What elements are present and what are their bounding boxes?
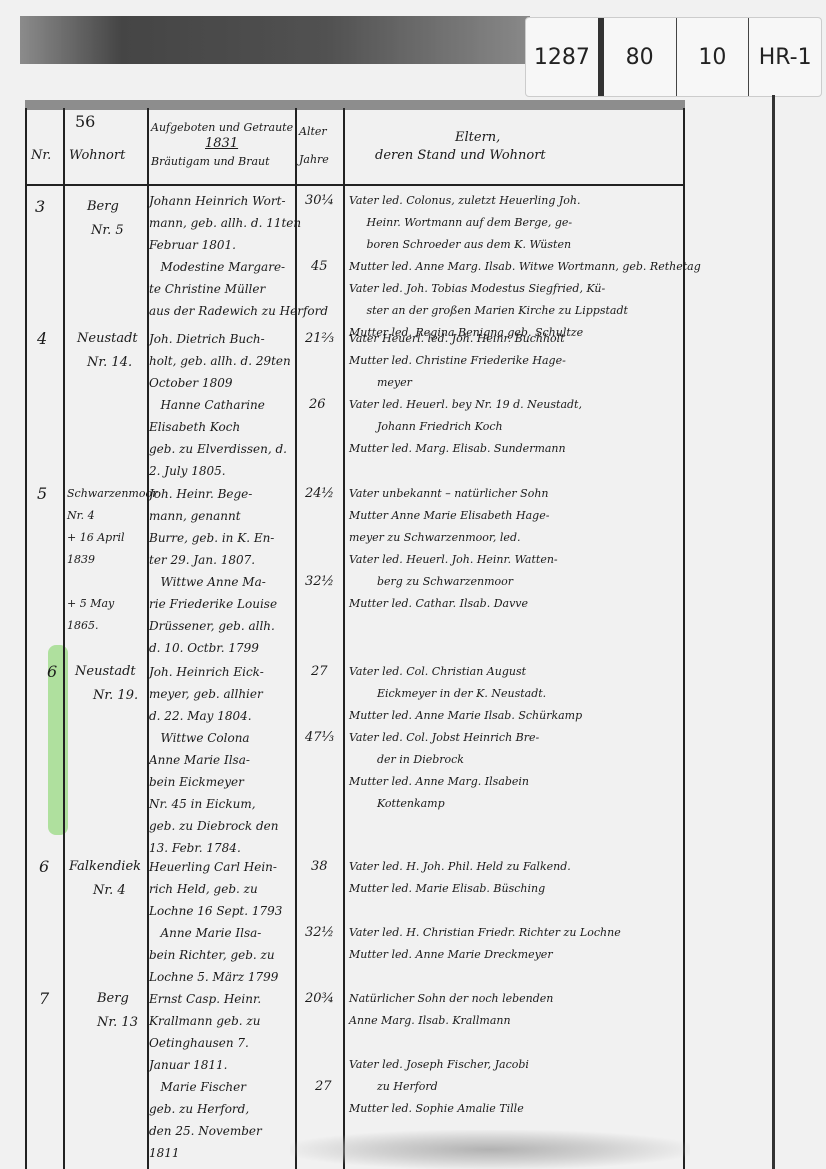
header-age-line2: Jahre (299, 152, 329, 168)
entry-wohnort: Schwarzenmoor Nr. 4 + 16 April 1839 + 5 … (67, 483, 157, 637)
archive-label-cell: 80 (598, 18, 676, 96)
entry-couple: Joh. Dietrich Buch- holt, geb. allh. d. … (149, 328, 291, 482)
entry-age: 45 (311, 256, 328, 278)
archive-label-cell: 1287 (526, 18, 598, 96)
column-rule (25, 108, 27, 1169)
header-parents-line1: Eltern, (455, 130, 500, 146)
page-fold-line (772, 95, 775, 1169)
entry-age: 47⅓ (305, 727, 334, 749)
header-parents-line2: deren Stand und Wohnort (375, 148, 546, 164)
column-rule (63, 108, 65, 1169)
register-page: Nr. 56 Wohnort Aufgeboten und Getraute 1… (25, 108, 685, 1169)
entry-age: 20¾ (305, 988, 334, 1010)
header-couple-line2: Bräutigam und Braut (151, 154, 270, 170)
entry-age: 24½ (305, 483, 334, 505)
entry-couple: Joh. Heinrich Eick- meyer, geb. allhier … (149, 661, 278, 859)
entry-wohnort: Neustadt (75, 661, 136, 683)
entry-nr: 5 (37, 483, 47, 505)
entry-couple: Johann Heinrich Wort- mann, geb. allh. d… (149, 190, 328, 322)
entry-wohnort: Nr. 19. (93, 685, 138, 707)
scan-smudge (290, 1130, 690, 1169)
entry-parents: Vater led. Colonus, zuletzt Heuerling Jo… (349, 190, 701, 344)
header-age-line1: Alter (299, 124, 327, 140)
entry-nr: 7 (39, 988, 49, 1010)
column-rule (343, 108, 345, 1169)
entry-nr: 6 (39, 856, 49, 878)
entry-age: 30¼ (305, 190, 334, 212)
scan-shadow-band (20, 16, 530, 64)
entry-wohnort: Nr. 5 (91, 220, 124, 242)
entry-age: 26 (309, 394, 326, 416)
entry-wohnort: Nr. 14. (87, 352, 132, 374)
entry-parents: Vater unbekannt – natürlicher Sohn Mutte… (349, 483, 558, 615)
entry-couple: Ernst Casp. Heinr. Krallmann geb. zu Oet… (149, 988, 262, 1164)
entry-age: 21⅔ (305, 328, 334, 350)
entry-parents: Vater led. H. Joh. Phil. Held zu Falkend… (349, 856, 621, 966)
archive-label: 1287 80 10 HR-1 (525, 17, 822, 97)
entry-age: 32½ (305, 922, 334, 944)
header-couple-line1: Aufgeboten und Getraute (151, 120, 293, 136)
entry-age: 38 (311, 856, 328, 878)
entry-wohnort: Nr. 4 (93, 880, 126, 902)
entry-age: 27 (311, 661, 328, 683)
entry-nr: 6 (47, 661, 57, 683)
entry-parents: Vater Heuerl. led. Joh. Heinr. Buchholt … (349, 328, 582, 460)
entry-couple: Joh. Heinr. Bege- mann, genannt Burre, g… (149, 483, 277, 659)
entry-parents: Vater led. Col. Christian August Eickmey… (349, 661, 582, 815)
entry-age: 27 (315, 1076, 332, 1098)
page-number: 56 (75, 114, 95, 130)
entry-nr: 4 (37, 328, 47, 350)
entry-wohnort: Berg (87, 196, 119, 218)
entry-parents: Natürlicher Sohn der noch lebenden Anne … (349, 988, 553, 1120)
entry-wohnort: Nr. 13 (97, 1012, 138, 1034)
entry-nr: 3 (35, 196, 45, 218)
archive-label-cell: 10 (676, 18, 749, 96)
entry-wohnort: Falkendiek (69, 856, 141, 878)
archive-label-cell: HR-1 (748, 18, 821, 96)
entry-wohnort: Neustadt (77, 328, 138, 350)
header-rule (25, 184, 685, 186)
entry-wohnort: Berg (97, 988, 129, 1010)
entry-couple: Heuerling Carl Hein- rich Held, geb. zu … (149, 856, 282, 988)
header-year: 1831 (205, 136, 238, 152)
header-nr: Nr. (31, 148, 51, 164)
entry-age: 32½ (305, 571, 334, 593)
header-wohnort: Wohnort (69, 148, 125, 164)
